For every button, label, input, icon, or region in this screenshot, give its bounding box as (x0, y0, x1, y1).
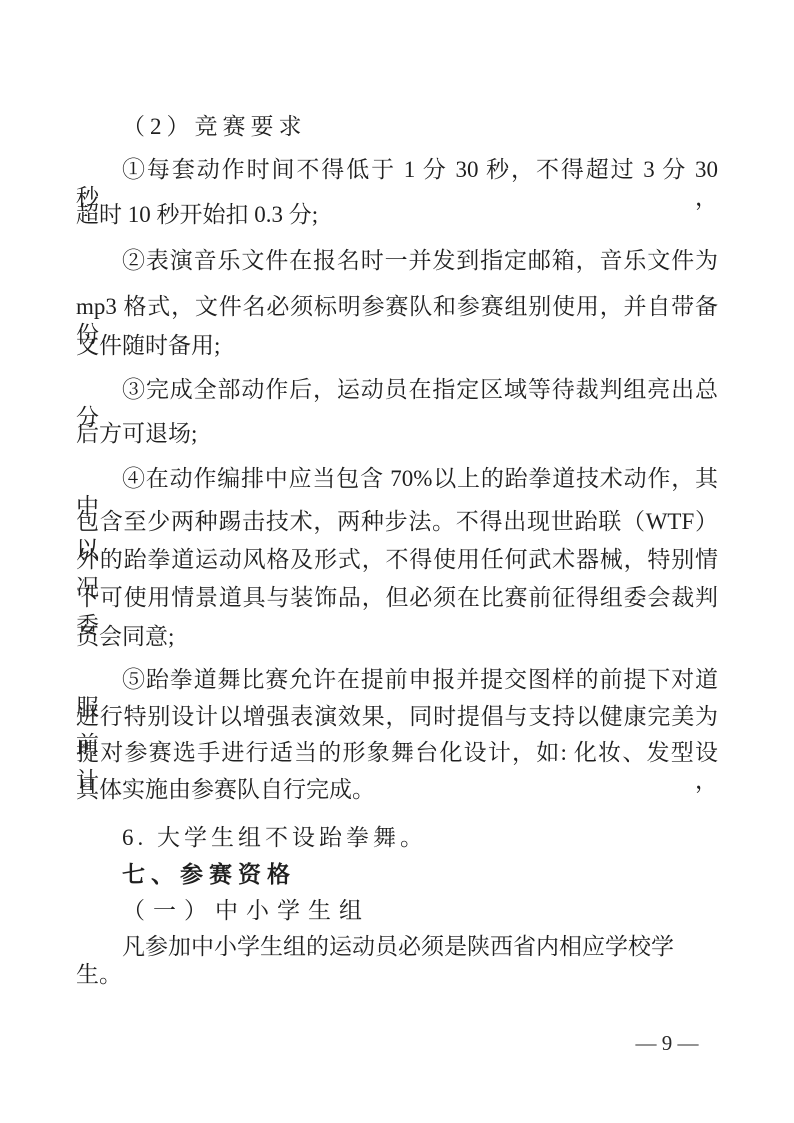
req-2-line-3: 文件随时备用; (76, 332, 718, 360)
subsection-1-body: 凡参加中小学生组的运动员必须是陕西省内相应学校学生。 (76, 933, 718, 989)
req-5-line-4: 具体实施由参赛队自行完成。 (76, 776, 718, 804)
req-4-line-5: 员会同意; (76, 623, 718, 651)
item-6-text: 6. 大学生组不设跆拳舞。 (76, 824, 718, 852)
subsection-1-heading: （一）中小学生组 (76, 897, 718, 925)
page-number: — 9 — (617, 1031, 717, 1055)
req-2-line-1: ②表演音乐文件在报名时一并发到指定邮箱，音乐文件为 (76, 247, 718, 275)
section-7-heading: 七、参赛资格 (76, 861, 718, 889)
req-1-line-2: 超时 10 秒开始扣 0.3 分; (76, 201, 718, 229)
subsection-heading: （2）竞赛要求 (76, 113, 718, 141)
document-page: （2）竞赛要求 ①每套动作时间不得低于 1 分 30 秒，不得超过 3 分 30… (0, 0, 794, 1123)
req-3-line-2: 后方可退场; (76, 420, 718, 448)
